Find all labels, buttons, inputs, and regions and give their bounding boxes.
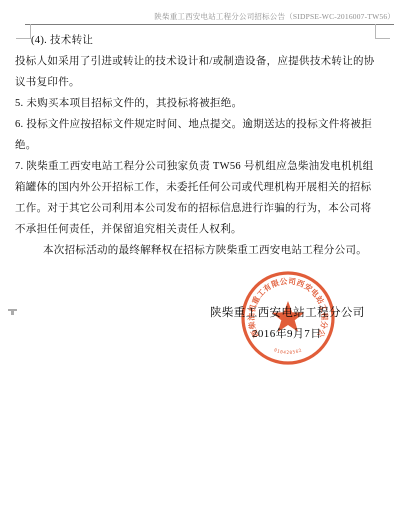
company-seal-stamp: 陕西柴油机重工有限公司西安电站工程分公司 6101042056213 [238,268,338,368]
body-line: 6. 投标文件应按招标文件规定时间、地点提交。逾期送达的投标文件将被拒 [15,114,393,135]
body-line: 5. 未购买本项目招标文件的，其投标将被拒绝。 [15,93,393,114]
svg-text:陕西柴油机重工有限公司西安电站工程分公司: 陕西柴油机重工有限公司西安电站工程分公司 [238,268,330,339]
body-line: (4). 技术转让 [15,30,393,51]
body-text: (4). 技术转让投标人如采用了引进或转让的技术设计和/或制造设备，应提供技术转… [15,30,393,261]
body-line: 工作。对于其它公司利用本公司发布的招标信息进行诈骗的行为，本公司将 [15,198,393,219]
body-line: 不承担任何责任，并保留追究相关责任人权利。 [15,219,393,240]
body-line: 箱罐体的国内外公开招标工作，未委托任何公司或代理机构开展相关的招标 [15,177,393,198]
body-line: 投标人如采用了引进或转让的技术设计和/或制造设备，应提供技术转让的协 [15,51,393,72]
page-header-text: 陕柴重工西安电站工程分公司招标公告（SIDPSE-WC-2016007-TW56… [0,11,395,22]
seal-ring-text: 陕西柴油机重工有限公司西安电站工程分公司 [238,268,330,339]
body-line: 绝。 [15,135,393,156]
object-anchor-icon [8,309,18,316]
header-rule [25,24,394,25]
body-line: 本次招标活动的最终解释权在招标方陕柴重工西安电站工程分公司。 [15,240,393,261]
seal-star-icon [272,301,304,332]
body-line: 7. 陕柴重工西安电站工程分公司独家负责 TW56 号机组应急柴油发电机机组 [15,156,393,177]
body-line: 议书复印件。 [15,72,393,93]
